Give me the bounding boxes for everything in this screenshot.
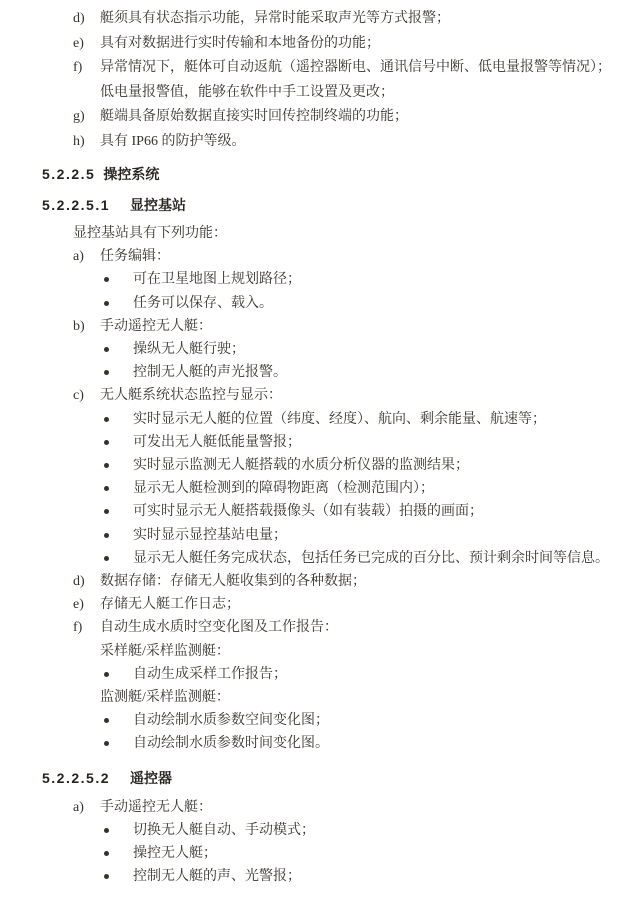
- remote-controller-function-list: a) 手动遥控无人艇： 切换无人艇自动、手动模式； 操控无人艇； 控制无人艇的声…: [42, 796, 622, 888]
- list-item-text: 任务编辑：: [100, 245, 622, 268]
- bullet-item: 实时显示监测无人艇搭载的水质分析仪器的监测结果；: [101, 454, 622, 477]
- bullet-item: 可实时显示无人艇搭载摄像头（如有装载）拍摄的画面；: [101, 500, 622, 523]
- list-item: f) 自动生成水质时空变化图及工作报告：: [73, 616, 622, 639]
- bullet-text: 控制无人艇的声光报警。: [133, 361, 622, 384]
- bullet-item: 显示无人艇检测到的障碍物距离（检测范围内）；: [101, 477, 622, 500]
- bullet-text: 显示无人艇任务完成状态，包括任务已完成的百分比、预计剩余时间等信息。: [133, 547, 622, 570]
- list-item-label: c): [73, 384, 100, 407]
- section-number: 5.2.2.5.2: [42, 766, 110, 790]
- list-item-label: d): [73, 7, 100, 32]
- list-item-text: 艇须具有状态指示功能，异常时能采取声光等方式报警；: [100, 7, 622, 32]
- list-item-label: e): [73, 32, 100, 57]
- bullet-text: 显示无人艇检测到的障碍物距离（检测范围内）；: [133, 477, 622, 500]
- list-item-text: 具有 IP66 的防护等级。: [100, 130, 622, 155]
- bullet-item: 任务可以保存、载入。: [101, 292, 622, 315]
- list-item-label: g): [73, 105, 100, 130]
- section-heading-display-base-station: 5.2.2.5.1 显控基站: [42, 193, 622, 217]
- bullet-text: 操纵无人艇行驶；: [133, 338, 622, 361]
- list-item-label: a): [73, 796, 100, 819]
- section-heading-control-system: 5.2.2.5 操控系统: [42, 162, 622, 186]
- bullet-text: 实时显示无人艇的位置（纬度、经度）、航向、剩余能量、航速等；: [133, 408, 622, 431]
- list-item-text: 手动遥控无人艇：: [100, 796, 622, 819]
- bullet-text: 操控无人艇；: [133, 842, 622, 865]
- bullet-text: 自动生成采样工作报告；: [133, 663, 622, 686]
- list-item: b) 手动遥控无人艇：: [73, 315, 622, 338]
- bullet-item: 控制无人艇的声、光警报；: [101, 865, 622, 888]
- bullet-text: 自动绘制水质参数空间变化图；: [133, 709, 622, 732]
- list-item-text: 数据存储：存储无人艇收集到的各种数据；: [100, 570, 622, 593]
- list-item-label: f): [73, 616, 100, 639]
- requirements-list-top: d) 艇须具有状态指示功能，异常时能采取声光等方式报警； e) 具有对数据进行实…: [42, 7, 622, 154]
- bullet-text: 切换无人艇自动、手动模式；: [133, 819, 622, 842]
- list-item-text: 艇端具备原始数据直接实时回传控制终端的功能；: [100, 105, 622, 130]
- bullet-text: 可在卫星地图上规划路径；: [133, 268, 622, 291]
- bullet-item: 可发出无人艇低能量警报；: [101, 431, 622, 454]
- section-title: 遥控器: [130, 766, 172, 790]
- bullet-text: 可实时显示无人艇搭载摄像头（如有装载）拍摄的画面；: [133, 500, 622, 523]
- bullet-item: 自动生成采样工作报告；: [101, 663, 622, 686]
- bullet-item: 控制无人艇的声光报警。: [101, 361, 622, 384]
- list-item: f) 异常情况下，艇体可自动返航（遥控器断电、通讯信号中断、低电量报警等情况）；…: [73, 56, 622, 105]
- bullet-item: 实时显示显控基站电量；: [101, 524, 622, 547]
- bullet-item: 自动绘制水质参数时间变化图。: [101, 732, 622, 755]
- bullet-item: 切换无人艇自动、手动模式；: [101, 819, 622, 842]
- list-item-label: f): [73, 56, 100, 81]
- list-item-text: 存储无人艇工作日志；: [100, 593, 622, 616]
- section-number: 5.2.2.5.1: [42, 193, 110, 217]
- bullet-item: 自动绘制水质参数空间变化图；: [101, 709, 622, 732]
- sub-header: 采样艇/采样监测艇：: [100, 640, 622, 663]
- bullet-item: 实时显示无人艇的位置（纬度、经度）、航向、剩余能量、航速等；: [101, 408, 622, 431]
- intro-paragraph: 显控基站具有下列功能：: [73, 222, 622, 245]
- list-item-text: 具有对数据进行实时传输和本地备份的功能；: [100, 32, 622, 57]
- list-item: d) 数据存储：存储无人艇收集到的各种数据；: [73, 570, 622, 593]
- list-item: h) 具有 IP66 的防护等级。: [73, 130, 622, 155]
- bullet-text: 自动绘制水质参数时间变化图。: [133, 732, 622, 755]
- bullet-text: 实时显示显控基站电量；: [133, 524, 622, 547]
- bullet-item: 显示无人艇任务完成状态，包括任务已完成的百分比、预计剩余时间等信息。: [101, 547, 622, 570]
- list-item: d) 艇须具有状态指示功能，异常时能采取声光等方式报警；: [73, 7, 622, 32]
- list-item-label: h): [73, 130, 100, 155]
- list-item-text: 手动遥控无人艇：: [100, 315, 622, 338]
- list-item: e) 存储无人艇工作日志；: [73, 593, 622, 616]
- bullet-item: 可在卫星地图上规划路径；: [101, 268, 622, 291]
- bullet-text: 控制无人艇的声、光警报；: [133, 865, 622, 888]
- section-title: 显控基站: [130, 193, 186, 217]
- bullet-item: 操纵无人艇行驶；: [101, 338, 622, 361]
- list-item-label: d): [73, 570, 100, 593]
- bullet-text: 实时显示监测无人艇搭载的水质分析仪器的监测结果；: [133, 454, 622, 477]
- bullet-item: 操控无人艇；: [101, 842, 622, 865]
- list-item-label: b): [73, 315, 100, 338]
- base-station-function-list: a) 任务编辑： 可在卫星地图上规划路径； 任务可以保存、载入。 b) 手动遥控…: [42, 245, 622, 755]
- section-heading-remote-controller: 5.2.2.5.2 遥控器: [42, 766, 622, 790]
- bullet-text: 任务可以保存、载入。: [133, 292, 622, 315]
- list-item-label: e): [73, 593, 100, 616]
- list-item-text: 自动生成水质时空变化图及工作报告：: [100, 616, 622, 639]
- list-item: a) 任务编辑：: [73, 245, 622, 268]
- list-item: a) 手动遥控无人艇：: [73, 796, 622, 819]
- list-item: e) 具有对数据进行实时传输和本地备份的功能；: [73, 32, 622, 57]
- list-item-text: 无人艇系统状态监控与显示：: [100, 384, 622, 407]
- sub-header: 监测艇/采样监测艇：: [100, 686, 622, 709]
- section-number: 5.2.2.5: [42, 162, 95, 186]
- list-item: c) 无人艇系统状态监控与显示：: [73, 384, 622, 407]
- document-page: d) 艇须具有状态指示功能，异常时能采取声光等方式报警； e) 具有对数据进行实…: [0, 0, 640, 898]
- list-item-label: a): [73, 245, 100, 268]
- section-title: 操控系统: [103, 162, 159, 186]
- bullet-text: 可发出无人艇低能量警报；: [133, 431, 622, 454]
- list-item: g) 艇端具备原始数据直接实时回传控制终端的功能；: [73, 105, 622, 130]
- list-item-text: 异常情况下，艇体可自动返航（遥控器断电、通讯信号中断、低电量报警等情况）； 低电…: [100, 56, 622, 105]
